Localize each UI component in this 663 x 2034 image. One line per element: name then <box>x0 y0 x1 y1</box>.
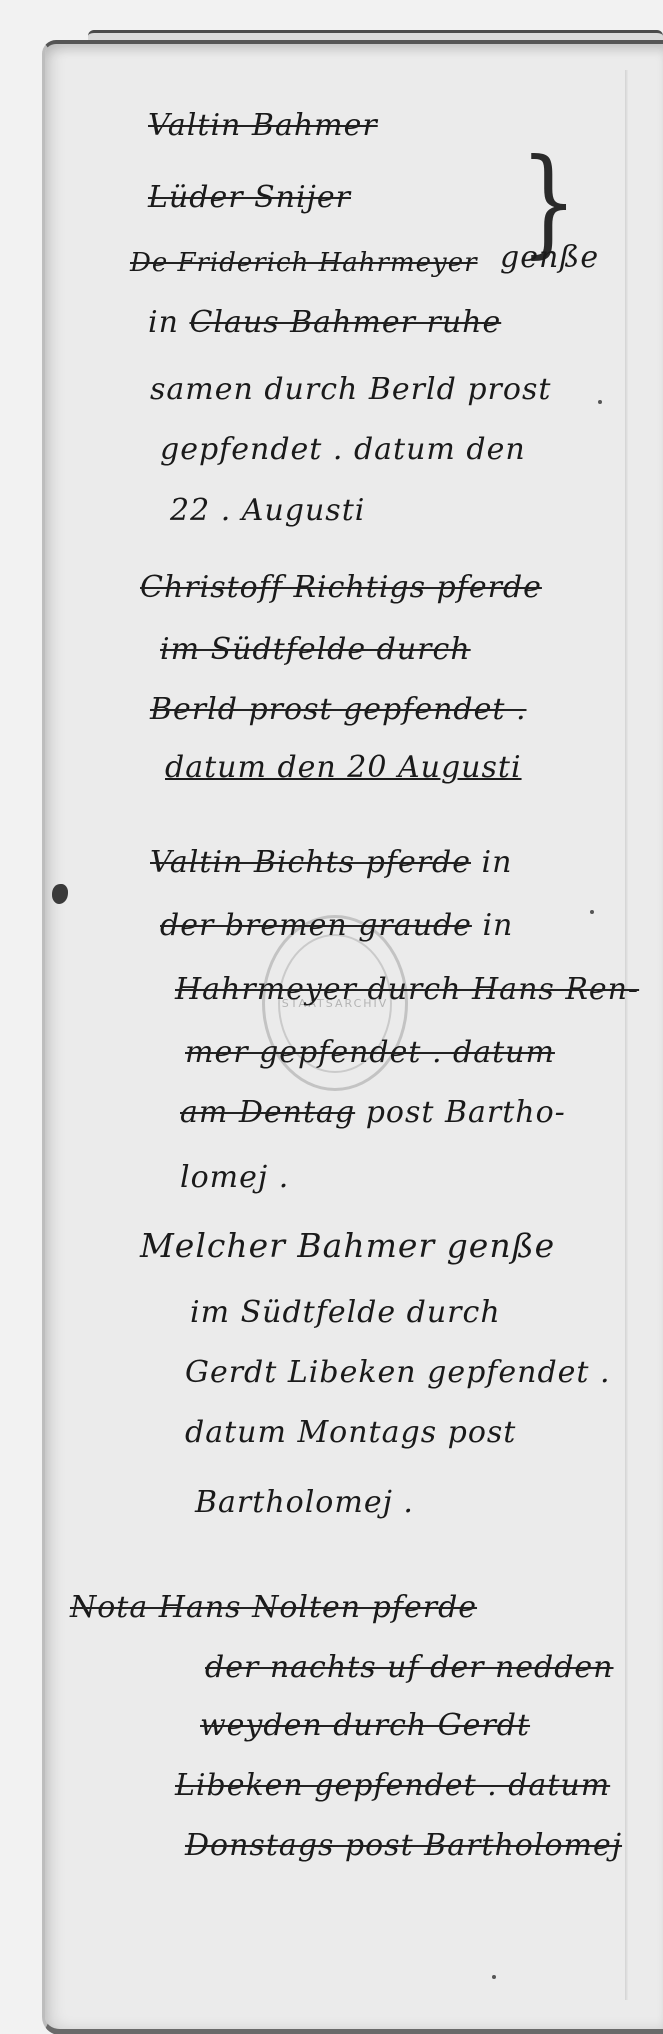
manuscript-line: Lüder Snijer <box>148 180 351 216</box>
manuscript-line: gepfendet . datum den <box>160 432 526 468</box>
manuscript-line: im Südtfelde durch <box>160 632 471 668</box>
manuscript-line: weyden durch Gerdt <box>200 1708 530 1744</box>
manuscript-line: Berld prost gepfendet . <box>150 692 527 728</box>
manuscript-line: Nota Hans Nolten pferde <box>70 1590 477 1626</box>
manuscript-line: im Südtfelde durch <box>190 1295 501 1331</box>
struck-segment: Claus Bahmer ruhe <box>189 305 501 340</box>
ink-speck <box>590 910 594 914</box>
word-in: in <box>148 305 189 340</box>
manuscript-line: Christoff Richtigs pferde <box>140 570 542 606</box>
word-in: in <box>471 845 512 880</box>
manuscript-line: Gerdt Libeken gepfendet . <box>185 1355 611 1391</box>
ink-speck <box>598 400 602 404</box>
manuscript-line: lomej . <box>180 1160 289 1196</box>
manuscript-line: datum den 20 Augusti <box>165 750 522 786</box>
post-bartho-text: post Bartho- <box>355 1095 566 1130</box>
struck-segment: Valtin Bichts pferde <box>150 845 471 880</box>
manuscript-line: samen durch Berld prost <box>150 372 551 408</box>
manuscript-line: 22 . Augusti <box>170 493 365 529</box>
page-fold-line <box>625 70 628 2000</box>
struck-segment: am Dentag <box>180 1095 355 1130</box>
manuscript-line: Valtin Bichts pferde in <box>150 845 512 881</box>
struck-segment: der bremen graude <box>160 908 472 943</box>
manuscript-line: Libeken gepfendet . datum <box>175 1768 610 1804</box>
manuscript-line: De Friderich Hahrmeyer <box>130 245 478 281</box>
manuscript-line: Melcher Bahmer genße <box>140 1228 555 1264</box>
manuscript-line: Donstags post Bartholomej <box>185 1828 622 1864</box>
word-in: in <box>472 908 513 943</box>
manuscript-line: der bremen graude in <box>160 908 513 944</box>
manuscript-line: in Claus Bahmer ruhe <box>148 305 501 341</box>
manuscript-line: genße <box>500 240 599 276</box>
ink-speck <box>492 1975 496 1979</box>
manuscript-line: Hahrmeyer durch Hans Ren- <box>175 972 639 1008</box>
manuscript-line: Bartholomej . <box>195 1485 414 1521</box>
manuscript-line: der nachts uf der nedden <box>205 1650 614 1686</box>
manuscript-line: mer gepfendet . datum <box>185 1035 555 1071</box>
manuscript-line: am Dentag post Bartho- <box>180 1095 566 1131</box>
manuscript-line: Valtin Bahmer <box>148 108 378 144</box>
manuscript-line: datum Montags post <box>185 1415 516 1451</box>
